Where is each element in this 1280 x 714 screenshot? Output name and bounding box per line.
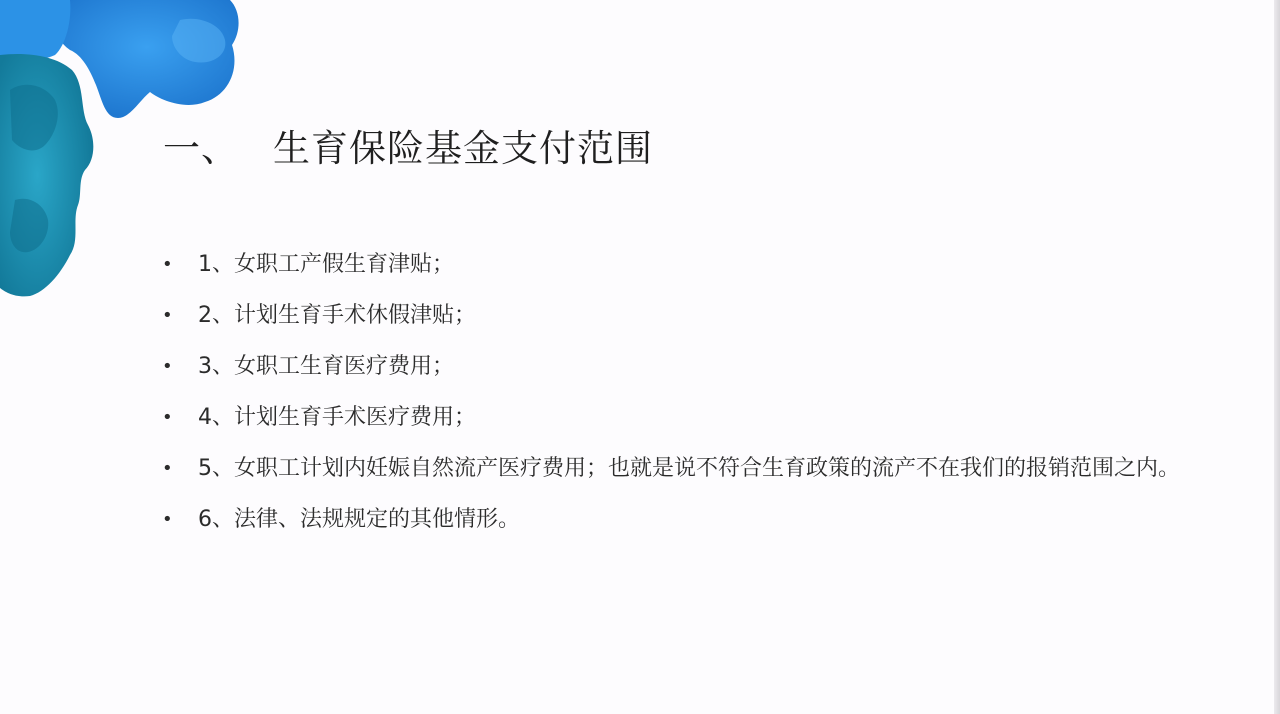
list-item-text: 6、法律、法规规定的其他情形。 [198,507,520,532]
slide-title: 一、生育保险基金支付范围 [163,118,653,172]
slide: 一、生育保险基金支付范围 • 1、女职工产假生育津贴； • 2、计划生育手术休假… [0,0,1274,714]
list-item: • 6、法律、法规规定的其他情形。 [158,501,1198,539]
list-item: • 5、女职工计划内妊娠自然流产医疗费用；也就是说不符合生育政策的流产不在我们的… [158,450,1198,488]
list-item: • 2、计划生育手术休假津贴； [158,297,1198,335]
bullet-icon: • [162,501,173,539]
list-item-text: 2、计划生育手术休假津贴； [198,303,476,328]
bullet-icon: • [162,348,173,386]
list-item-text: 5、女职工计划内妊娠自然流产医疗费用；也就是说不符合生育政策的流产不在我们的报销… [198,456,1180,481]
title-number: 一、 [163,118,273,172]
list-item: • 4、计划生育手术医疗费用； [158,399,1198,437]
list-item-text: 3、女职工生育医疗费用； [198,354,454,379]
window-edge [1274,0,1280,714]
bullet-icon: • [162,450,173,488]
list-item-text: 1、女职工产假生育津贴； [198,252,454,277]
bullet-icon: • [162,399,173,437]
bullet-list: • 1、女职工产假生育津贴； • 2、计划生育手术休假津贴； • 3、女职工生育… [158,246,1198,552]
list-item: • 3、女职工生育医疗费用； [158,348,1198,386]
list-item-text: 4、计划生育手术医疗费用； [198,405,476,430]
title-text: 生育保险基金支付范围 [273,127,653,170]
bullet-icon: • [162,297,173,335]
bullet-icon: • [162,246,173,284]
list-item: • 1、女职工产假生育津贴； [158,246,1198,284]
